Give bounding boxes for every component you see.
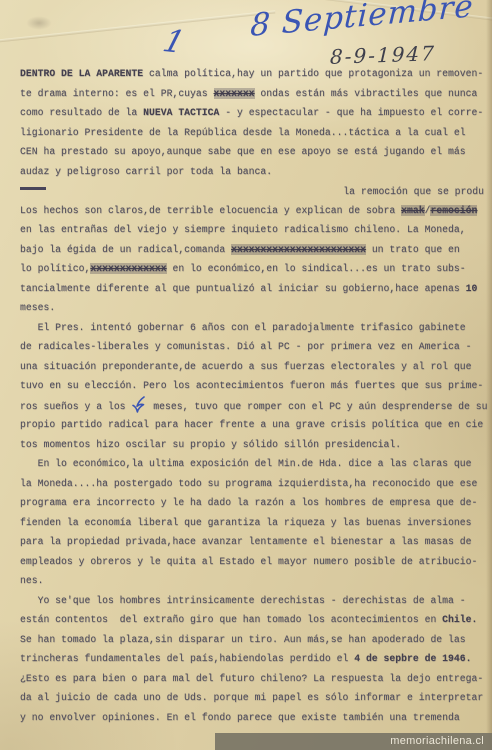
typed-text: empleados y obreros y le quita al Estado… [20, 556, 477, 567]
typed-line: CEN ha prestado su apoyo,aunque sabe que… [20, 142, 486, 162]
typed-line: te drama interno: es el PR,cuyas xxxxxxx… [20, 84, 486, 104]
typed-text: en lo económico,en lo sindical...es un t… [167, 263, 466, 274]
typed-document: DENTRO DE LA APARENTE calma política,hay… [20, 64, 486, 727]
typed-line: en las entrañas del viejo y siempre inqu… [20, 220, 486, 240]
typed-text: meses, tuvo que romper con el PC y aún d… [147, 401, 487, 412]
typed-text: El Pres. intentó gobernar 6 años con el … [20, 322, 466, 333]
typed-text-emphasis: 4 de sepbre de 1946. [354, 653, 471, 664]
typed-line: audaz y peligroso carril por toda la ban… [20, 162, 486, 182]
typed-text: calma política,hay un partido que protag… [143, 68, 483, 79]
typed-line: bajo la égida de un radical,comanda xxxx… [20, 240, 486, 260]
typed-text: lo político, [20, 263, 90, 274]
typed-line: Yo se'que los hombres intrinsicamente de… [20, 591, 486, 611]
typed-text: en las entrañas del viejo y siempre inqu… [20, 224, 466, 235]
typed-text: bajo la égida de un radical,comanda [20, 244, 231, 255]
typed-line: lo político,xxxxxxxxxxxxx en lo económic… [20, 259, 486, 279]
typed-line: tancialmente diferente al que puntualizó… [20, 279, 486, 299]
typed-text-emphasis: NUEVA TACTICA [143, 107, 219, 118]
typed-overstrike: xmak [401, 205, 424, 216]
typed-line: Se han tomado la plaza,sin disparar un t… [20, 630, 486, 650]
typed-text: un trato que en [366, 244, 460, 255]
typed-line: para la propiedad privada,hace avanzar l… [20, 532, 486, 552]
typed-line: trincheras fundamentales del país,habien… [20, 649, 486, 669]
typed-line: programa era incorrecto y le ha dado la … [20, 493, 486, 513]
typed-text-emphasis: DENTRO DE LA APARENTE [20, 68, 143, 79]
typed-line: El Pres. intentó gobernar 6 años con el … [20, 318, 486, 338]
typed-text: ros sueños y a los [20, 401, 131, 412]
typed-text: Los hechos son claros,de terrible elocue… [20, 205, 401, 216]
typed-line: meses. [20, 298, 486, 318]
typed-text: la Moneda....ha postergado todo su progr… [20, 478, 477, 489]
typed-text: trincheras fundamentales del país,habien… [20, 653, 354, 664]
typed-text: una situación preponderante,de acuerdo a… [20, 361, 472, 372]
typed-overstrike: xxxxxxx [214, 88, 255, 99]
typed-text: ondas están más vibractiles que nunca [255, 88, 478, 99]
typed-text: programa era incorrecto y le ha dado la … [20, 497, 477, 508]
typed-text: audaz y peligroso carril por toda la ban… [20, 166, 272, 177]
typed-text: ¿Esto es para bien o para mal del futuro… [20, 673, 483, 684]
typed-text: - y espectacular - que ha impuesto el co… [219, 107, 483, 118]
typed-line: ligionario Presidente de la República de… [20, 123, 486, 143]
typed-line: de radicales-liberales y comunistas. Dió… [20, 337, 486, 357]
typed-text: meses. [20, 302, 55, 313]
typed-text: tos momentos hizo oscilar su propio y só… [20, 439, 401, 450]
interline-insertion-text: la remoción que se produ [343, 182, 486, 202]
typed-text: de radicales-liberales y comunistas. Dió… [20, 341, 472, 352]
correction-row: la remoción que se produ [20, 181, 486, 201]
typed-text: tancialmente diferente al que puntualizó… [20, 283, 466, 294]
handwritten-correction-mark-icon [132, 396, 146, 414]
typed-line: ¿Esto es para bien o para mal del futuro… [20, 669, 486, 689]
typed-line: empleados y obreros y le quita al Estado… [20, 552, 486, 572]
typed-line: da al juicio de cada uno de Uds. porque … [20, 688, 486, 708]
typed-line: tos momentos hizo oscilar su propio y só… [20, 435, 486, 455]
typed-line: y no envolver opiniones. En el fondo par… [20, 708, 486, 728]
paper-stain [26, 16, 52, 30]
typed-line: nes. [20, 571, 486, 591]
typed-text: te drama interno: es el PR,cuyas [20, 88, 214, 99]
typed-text: CEN ha prestado su apoyo,aunque sabe que… [20, 146, 466, 157]
typed-line: tuvo en su elección. Pero los acontecimi… [20, 376, 486, 396]
typed-line: propio partido radical para hacer frente… [20, 415, 486, 435]
typed-text: Yo se'que los hombres intrinsicamente de… [20, 595, 466, 606]
watermark-bar: memoriachilena.cl [215, 733, 492, 750]
typed-text: y no envolver opiniones. En el fondo par… [20, 712, 460, 723]
typed-overstrike: xxxxxxxxxxxxx [90, 263, 166, 274]
typed-text: En lo económico,la ultima exposición del… [20, 458, 472, 469]
typed-text: fienden la economía liberal que garantiz… [20, 517, 472, 528]
typed-line: la Moneda....ha postergado todo su progr… [20, 474, 486, 494]
typed-line: fienden la economía liberal que garantiz… [20, 513, 486, 533]
typed-line: una situación preponderante,de acuerdo a… [20, 357, 486, 377]
typed-text: están contentos del extraño giro que han… [20, 614, 442, 625]
typed-text-emphasis: 10 [466, 283, 478, 294]
typed-line: DENTRO DE LA APARENTE calma política,hay… [20, 64, 486, 84]
typed-text-emphasis: Chile. [442, 614, 477, 625]
typed-line: están contentos del extraño giro que han… [20, 610, 486, 630]
typed-line: como resultado de la NUEVA TACTICA - y e… [20, 103, 486, 123]
typed-text: como resultado de la [20, 107, 143, 118]
margin-dash-mark [20, 187, 46, 190]
typed-line: En lo económico,la ultima exposición del… [20, 454, 486, 474]
typed-text: da al juicio de cada uno de Uds. porque … [20, 692, 483, 703]
typed-overstrike: remoción [430, 205, 477, 216]
typed-text: nes. [20, 575, 43, 586]
typed-text: para la propiedad privada,hace avanzar l… [20, 536, 472, 547]
typed-overstrike: xxxxxxxxxxxxxxxxxxxxxxx [231, 244, 366, 255]
typed-text: propio partido radical para hacer frente… [20, 419, 483, 430]
typed-text: Se han tomado la plaza,sin disparar un t… [20, 634, 466, 645]
typed-text: ligionario Presidente de la República de… [20, 127, 466, 138]
watermark-text: memoriachilena.cl [390, 735, 484, 747]
paper-edge-shadow [486, 0, 492, 750]
typed-line: ros sueños y a los meses, tuvo que rompe… [20, 396, 486, 416]
typed-line: Los hechos son claros,de terrible elocue… [20, 201, 486, 221]
typed-text: tuvo en su elección. Pero los acontecimi… [20, 380, 483, 391]
